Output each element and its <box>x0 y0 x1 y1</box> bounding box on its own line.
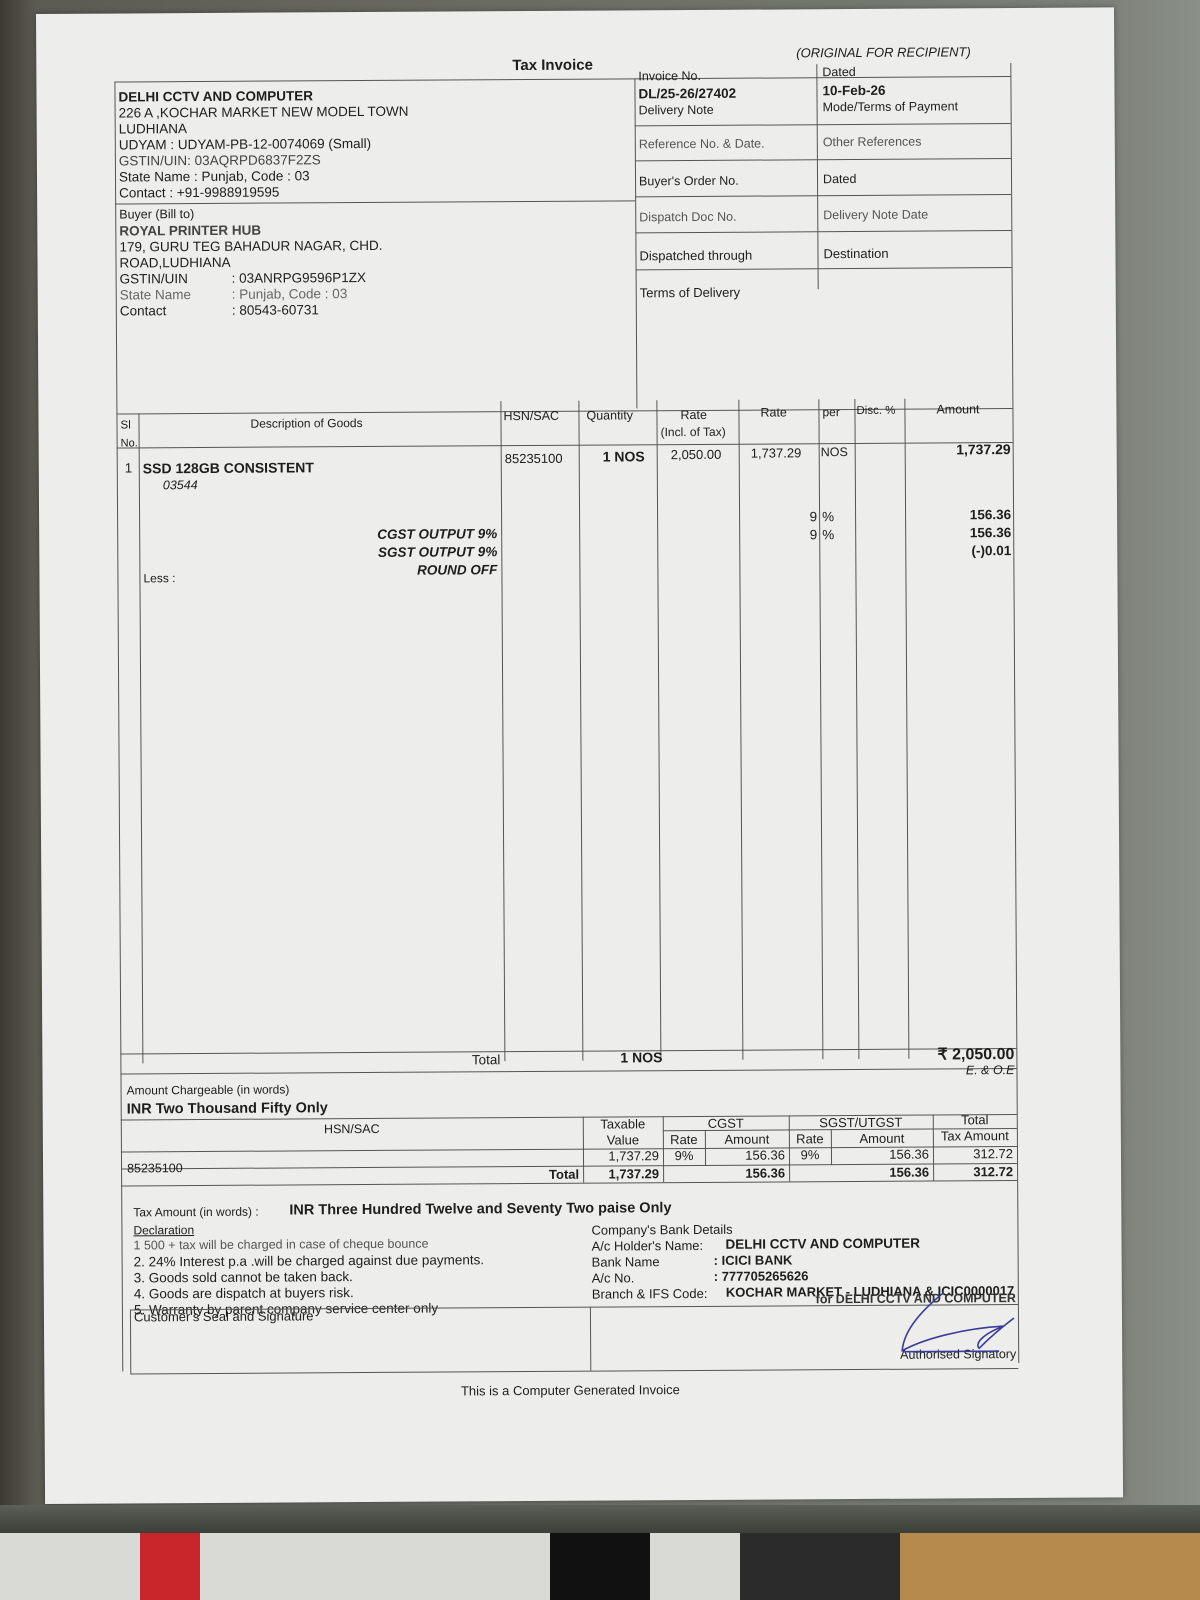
payment-terms-label: Mode/Terms of Payment <box>823 99 959 114</box>
summary-total-sgst: 156.36 <box>831 1165 929 1181</box>
col-quantity: Quantity <box>586 408 633 422</box>
buyers-order-label: Buyer's Order No. <box>639 174 739 189</box>
reference-label: Reference No. & Date. <box>639 137 765 152</box>
bank-branch-label: Branch & IFS Code: <box>592 1286 708 1302</box>
tax-line-cgst: CGST OUTPUT 9% <box>239 526 497 543</box>
buyer-state: : Punjab, Code : 03 <box>232 286 348 302</box>
destination-label: Destination <box>823 246 888 261</box>
cgst-rate: 9 <box>799 509 817 524</box>
sgst-rate-unit: % <box>822 527 834 542</box>
col-description: Description of Goods <box>250 416 362 431</box>
bank-acno: : 777705265626 <box>714 1268 809 1284</box>
other-references-label: Other References <box>823 135 922 150</box>
order-dated-label: Dated <box>823 172 856 186</box>
summary-col-sgst-amount: Amount <box>831 1131 933 1147</box>
summary-col-hsn: HSN/SAC <box>121 1121 583 1138</box>
buyer-state-label: State Name <box>120 287 191 302</box>
sgst-amount: 156.36 <box>907 525 1011 541</box>
item-per: NOS <box>821 445 848 459</box>
buyer-gstin-label: GSTIN/UIN <box>120 271 188 286</box>
summary-col-total-sub: Tax Amount <box>933 1128 1017 1144</box>
tax-line-round-off: ROUND OFF <box>239 562 497 579</box>
invoice-paper: Tax Invoice (ORIGINAL FOR RECIPIENT) DEL… <box>36 7 1123 1504</box>
item-description: SSD 128GB CONSISTENT <box>143 459 314 476</box>
copy-label: (ORIGINAL FOR RECIPIENT) <box>796 44 971 60</box>
item-rate: 1,737.29 <box>751 445 802 460</box>
col-rate: Rate <box>760 405 786 419</box>
buyer-address2: ROAD,LUDHIANA <box>119 255 230 271</box>
item-quantity: 1 NOS <box>603 448 645 464</box>
summary-row-sgst-rate: 9% <box>789 1147 831 1162</box>
declaration-item: 2. 24% Interest p.a .will be charged aga… <box>134 1252 485 1269</box>
item-sl: 1 <box>125 460 133 475</box>
col-disc: Disc. % <box>856 405 895 417</box>
buyer-gstin: : 03ANRPG9596P1ZX <box>232 270 366 286</box>
amount-words-label: Amount Chargeable (in words) <box>127 1082 290 1097</box>
bank-heading: Company's Bank Details <box>591 1222 732 1238</box>
seller-address1: 226 A ,KOCHAR MARKET NEW MODEL TOWN <box>119 104 409 121</box>
col-amount: Amount <box>936 402 979 416</box>
item-rate-incl: 2,050.00 <box>671 447 722 462</box>
summary-row-cgst-amount: 156.36 <box>705 1147 785 1162</box>
buyer-name: ROYAL PRINTER HUB <box>119 223 261 239</box>
item-hsn: 85235100 <box>505 451 563 466</box>
bank-holder-label: A/c Holder's Name: <box>591 1238 703 1254</box>
summary-col-cgst: CGST <box>663 1115 789 1131</box>
dated-label: Dated <box>822 65 855 79</box>
summary-total-tax: 312.72 <box>933 1164 1013 1179</box>
summary-total-cgst: 156.36 <box>705 1165 785 1180</box>
customer-seal-label: Customer's Seal and Signature <box>134 1308 314 1324</box>
summary-col-sgst: SGST/UTGST <box>789 1115 933 1131</box>
col-rate-incl: Rate <box>680 408 706 422</box>
declaration-item: 3. Goods sold cannot be taken back. <box>134 1269 353 1285</box>
item-serial: 03544 <box>163 478 198 492</box>
sgst-rate: 9 <box>799 527 817 542</box>
footer-note: This is a Computer Generated Invoice <box>122 1380 1018 1400</box>
summary-row-sgst-amount: 156.36 <box>831 1147 929 1163</box>
total-amount: ₹ 2,050.00 <box>910 1044 1014 1065</box>
summary-total-label: Total <box>483 1167 579 1183</box>
dispatch-doc-label: Dispatch Doc No. <box>639 210 736 225</box>
summary-total-taxable: 1,737.29 <box>583 1166 659 1181</box>
terms-of-delivery-label: Terms of Delivery <box>640 285 741 301</box>
col-sl: Sl <box>120 419 130 431</box>
summary-row-hsn: 85235100 <box>127 1161 183 1175</box>
delivery-note-date-label: Delivery Note Date <box>823 208 928 223</box>
invoice-no-label: Invoice No. <box>638 69 701 83</box>
tax-words-label: Tax Amount (in words) : <box>133 1205 258 1220</box>
item-amount: 1,737.29 <box>907 441 1011 458</box>
col-rate-incl-sub: (Incl. of Tax) <box>661 425 726 439</box>
summary-col-taxable: Taxable <box>583 1116 663 1131</box>
bank-acno-label: A/c No. <box>592 1270 635 1285</box>
declaration-heading: Declaration <box>133 1223 194 1237</box>
bank-holder: DELHI CCTV AND COMPUTER <box>725 1236 920 1252</box>
declaration-item: 1 500 + tax will be charged in case of c… <box>133 1237 428 1253</box>
tax-words-value: INR Three Hundred Twelve and Seventy Two… <box>289 1200 671 1218</box>
shelf-edge <box>0 1505 1200 1533</box>
buyer-contact-label: Contact <box>120 303 167 318</box>
signature-scribble-icon <box>884 1288 1024 1369</box>
seller-gstin: GSTIN/UIN: 03AQRPD6837F2ZS <box>119 152 321 168</box>
summary-col-cgst-rate: Rate <box>663 1132 705 1147</box>
summary-row-taxable: 1,737.29 <box>583 1148 659 1163</box>
total-quantity: 1 NOS <box>620 1049 662 1065</box>
seller-udyam: UDYAM : UDYAM-PB-12-0074069 (Small) <box>119 136 371 153</box>
seller-address2: LUDHIANA <box>119 121 187 136</box>
eoe-label: E. & O.E <box>910 1063 1014 1078</box>
buyer-heading: Buyer (Bill to) <box>119 207 194 221</box>
invoice-date: 10-Feb-26 <box>822 83 885 98</box>
summary-col-cgst-amount: Amount <box>705 1131 789 1147</box>
dispatched-through-label: Dispatched through <box>639 248 752 264</box>
tax-line-sgst: SGST OUTPUT 9% <box>239 544 497 561</box>
bank-name-label: Bank Name <box>592 1254 660 1269</box>
background-boxes <box>0 1533 1200 1600</box>
summary-col-sgst-rate: Rate <box>789 1131 831 1146</box>
col-no: No. <box>121 437 138 449</box>
cgst-rate-unit: % <box>822 509 834 524</box>
seller-contact: Contact : +91-9988919595 <box>119 185 279 201</box>
amount-words-value: INR Two Thousand Fifty Only <box>127 1100 328 1117</box>
declaration-item: 4. Goods are dispatch at buyers risk. <box>134 1285 354 1301</box>
summary-row-cgst-rate: 9% <box>663 1148 705 1163</box>
round-off-amount: (-)0.01 <box>907 543 1011 559</box>
cgst-amount: 156.36 <box>907 507 1011 523</box>
buyer-address1: 179, GURU TEG BAHADUR NAGAR, CHD. <box>119 238 382 255</box>
col-per: per <box>822 405 839 419</box>
col-hsn: HSN/SAC <box>503 409 559 423</box>
less-label: Less : <box>143 571 175 585</box>
total-label: Total <box>422 1052 500 1067</box>
summary-col-total: Total <box>933 1112 1017 1128</box>
seller-state: State Name : Punjab, Code : 03 <box>119 168 310 184</box>
summary-row-total-tax: 312.72 <box>933 1146 1013 1161</box>
seller-name: DELHI CCTV AND COMPUTER <box>118 88 313 104</box>
document-title: Tax Invoice <box>512 57 593 74</box>
summary-col-taxable-sub: Value <box>583 1132 663 1147</box>
invoice-no: DL/25-26/27402 <box>638 86 736 102</box>
buyer-contact: : 80543-60731 <box>232 302 319 318</box>
bank-name: : ICICI BANK <box>714 1252 793 1267</box>
delivery-note-label: Delivery Note <box>639 103 714 117</box>
